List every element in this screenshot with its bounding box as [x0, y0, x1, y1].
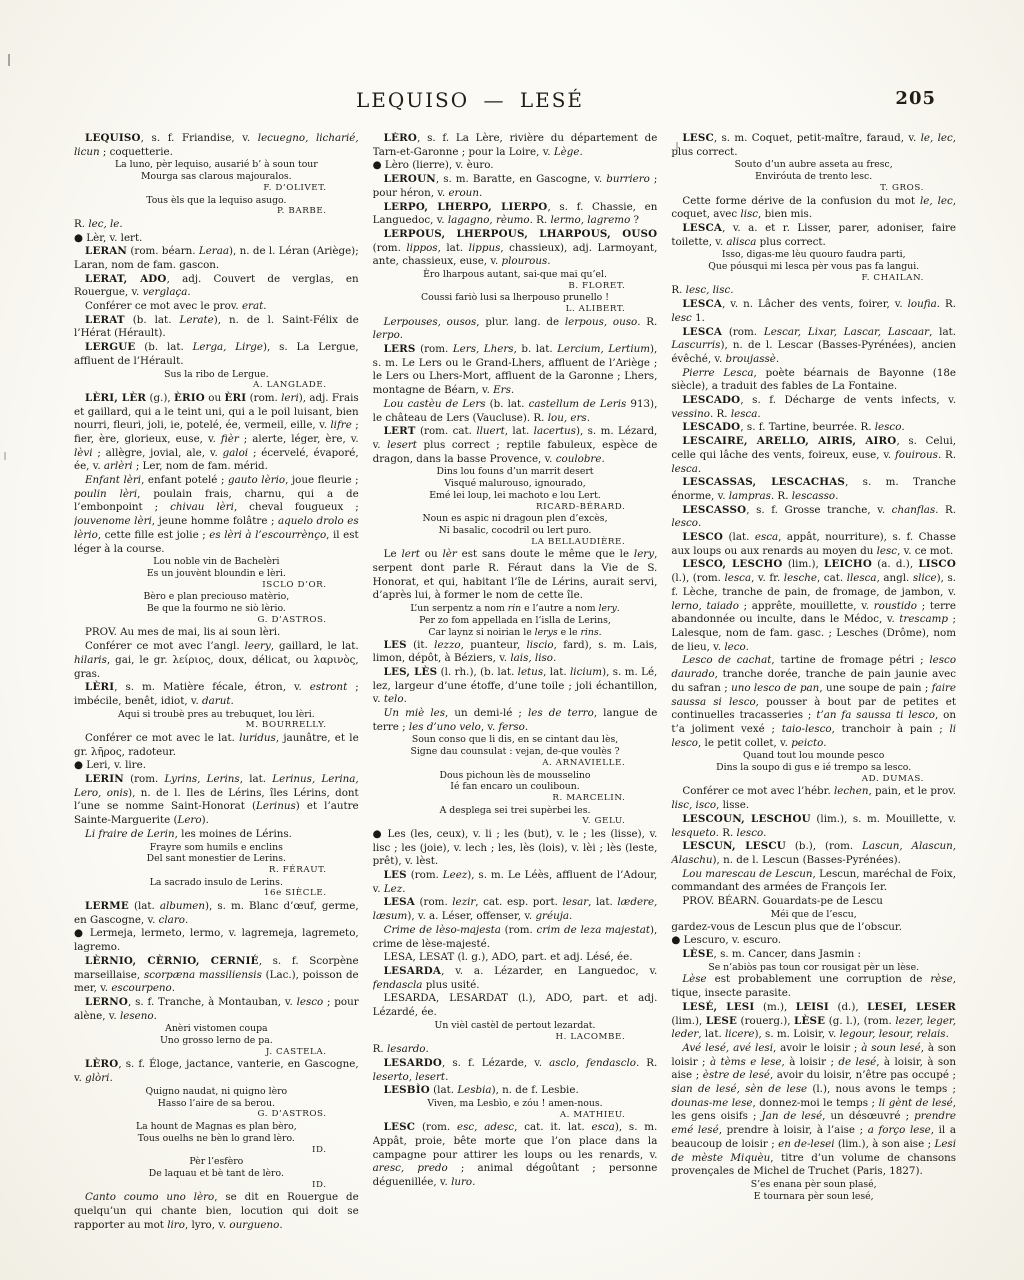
etymology-ref: R. lesc, lisc.: [671, 284, 956, 298]
paragraph: Canto coumo uno lèro, se dit en Rouergue…: [74, 1191, 359, 1232]
citation-author: B. FLORET.: [373, 281, 658, 293]
citation-author: H. LACOMBE.: [373, 1032, 658, 1044]
dictionary-entry: LERAN (rom. béarn. Leraa), n. de l. Léra…: [74, 245, 359, 272]
dictionary-entry: LESCASSAS, LESCACHAS, s. m. Tranche énor…: [671, 476, 956, 503]
verse-quote: Se n’abiòs pas toun cor rousigat pèr un …: [671, 962, 956, 974]
text-columns: LEQUISO, s. f. Friandise, v. lecuegno, l…: [0, 120, 1024, 1272]
paragraph: Li fraire de Lerin, les moines de Lérins…: [74, 828, 359, 842]
dictionary-entry: LESA (rom. lezir, cat. esp. port. lesar,…: [373, 896, 658, 923]
citation-author: R. FÉRAUT.: [74, 865, 359, 877]
paragraph: Cette forme dérive de la confusion du mo…: [671, 195, 956, 222]
verse-quote: Méi que de l’escu,: [671, 909, 956, 921]
dictionary-entry: LESCASSO, s. f. Grosse tranche, v. chanf…: [671, 504, 956, 531]
proverb: PROV. BÉARN. Gouardats-pe de Lescu: [671, 895, 956, 909]
scanned-dictionary-page: LEQUISO — LESÉ 205 LEQUISO, s. f. Friand…: [0, 0, 1024, 1280]
citation-author: M. BOURRELLY.: [74, 720, 359, 732]
citation-author: A. LANGLADE.: [74, 380, 359, 392]
verse-quote: Frayre som humils e enclinsDel sant mone…: [74, 842, 359, 866]
cross-reference: ● Lermeja, lermeto, lermo, v. lagremeja,…: [74, 927, 359, 954]
paragraph: Conférer ce mot avec l’angl. leery, gail…: [74, 640, 359, 681]
verse-quote: La luno, pèr lequiso, ausarié b’ à soun …: [74, 159, 359, 183]
verse-quote: Un vièl castèl de pertout lezardat.: [373, 1020, 658, 1032]
dictionary-entry: LESCUN, LESCU (b.), (rom. Lascun, Alascu…: [671, 840, 956, 867]
etymology-ref: R. lec, le.: [74, 218, 359, 232]
cross-reference: ● Lèr, v. lert.: [74, 232, 359, 246]
verse-quote: Sus la ribo de Lergue.: [74, 369, 359, 381]
dictionary-entry: LÈRI, LÈR (g.), ÈRIO ou ÈRI (rom. leri),…: [74, 392, 359, 474]
paragraph: LESARDA, LESARDAT (l.), ADO, part. et ad…: [373, 992, 658, 1019]
page-number: 205: [895, 88, 936, 109]
dictionary-entry: LERT (rom. cat. lluert, lat. lacertus), …: [373, 425, 658, 466]
verse-quote: Anèri vistomen coupaUno grosso lerno de …: [74, 1023, 359, 1047]
paragraph: Lou castèu de Lers (b. lat. castellum de…: [373, 398, 658, 425]
verse-quote: Quand tout lou mounde pescoDins la soupo…: [671, 750, 956, 774]
verse-quote: Aqui si troubè pres au trebuquet, lou lè…: [74, 709, 359, 721]
paragraph: Conférer ce mot avec le prov. erat.: [74, 300, 359, 314]
paragraph: Enfant lèri, enfant potelé ; gauto lèrio…: [74, 474, 359, 556]
verse-quote: Noun es aspic ni dragoun plen d’excès,Ni…: [373, 513, 658, 537]
etymology-ref: R. lesardo.: [373, 1043, 658, 1057]
dictionary-entry: LESCADO, s. f. Tartine, beurrée. R. lesc…: [671, 421, 956, 435]
dictionary-entry: LESC, s. m. Coquet, petit-maître, faraud…: [671, 132, 956, 159]
citation-author: T. GROS.: [671, 183, 956, 195]
cross-reference: ● Les (les, ceux), v. li ; les (but), v.…: [373, 828, 658, 869]
dictionary-entry: LESCO (lat. esca, appât, nourriture), s.…: [671, 531, 956, 558]
paragraph: Conférer ce mot avec l’hébr. lechen, pai…: [671, 785, 956, 812]
verse-quote: Souto d’un aubre asseta au fresc,Enviróu…: [671, 159, 956, 183]
dictionary-entry: LERAT (b. lat. Lerate), n. de l. Saint-F…: [74, 314, 359, 341]
dictionary-entry: LESÉ, LESI (m.), LEISI (d.), LESEI, LESE…: [671, 1001, 956, 1042]
dictionary-entry: LES, LÈS (l. rh.), (b. lat. letus, lat. …: [373, 666, 658, 707]
dictionary-column-3: LESC, s. m. Coquet, petit-maître, faraud…: [671, 132, 956, 1272]
citation-author: F. CHAILAN.: [671, 273, 956, 285]
dictionary-entry: LESC (rom. esc, adesc, cat. it. lat. esc…: [373, 1121, 658, 1190]
verse-quote: Dous pichoun lès de mousselinoIé fan enc…: [373, 770, 658, 794]
citation-author: J. CASTELA.: [74, 1047, 359, 1059]
dictionary-entry: LEQUISO, s. f. Friandise, v. lecuegno, l…: [74, 132, 359, 159]
citation-author: ID.: [74, 1180, 359, 1192]
paragraph: Le lert ou lèr est sans doute le même qu…: [373, 548, 658, 603]
verse-quote: Coussi fariò lusi sa lherpouso prunello …: [373, 292, 658, 304]
citation-author: ID.: [74, 1145, 359, 1157]
paragraph: Lou marescau de Lescun, Lescun, maréchal…: [671, 868, 956, 895]
dictionary-entry: LÈRNIO, CÈRNIO, CERNIÉ, s. f. Scorpène m…: [74, 955, 359, 996]
dictionary-column-1: LEQUISO, s. f. Friandise, v. lecuegno, l…: [74, 132, 359, 1272]
verse-quote: Viven, ma Lesbìo, e zóu ! amen-nous.: [373, 1098, 658, 1110]
dictionary-entry: LESCA, v. n. Lâcher des vents, foirer, v…: [671, 298, 956, 325]
dictionary-entry: LESARDA, v. a. Lézarder, en Languedoc, v…: [373, 965, 658, 992]
citation-author: LA BELLAUDIÈRE.: [373, 537, 658, 549]
running-title: LEQUISO — LESÉ: [0, 88, 940, 112]
paragraph: Crime de lèso-majesta (rom. crim de leza…: [373, 924, 658, 951]
dictionary-entry: LESCOUN, LESCHOU (lim.), s. m. Mouillett…: [671, 813, 956, 840]
citation-author: A. MATHIEU.: [373, 1110, 658, 1122]
dictionary-entry: LESCADO, s. f. Décharge de vents infects…: [671, 394, 956, 421]
paragraph: Conférer ce mot avec le lat. luridus, ja…: [74, 732, 359, 759]
etymology-ref: gardez-vous de Lescun plus que de l’obsc…: [671, 921, 956, 935]
dictionary-entry: LESARDO, s. f. Lézarde, v. asclo, fendas…: [373, 1057, 658, 1084]
citation-author: P. BARBE.: [74, 206, 359, 218]
dictionary-entry: LESCA, v. a. et r. Lisser, parer, adonis…: [671, 222, 956, 249]
dictionary-entry: LERIN (rom. Lyrins, Lerins, lat. Lerinus…: [74, 773, 359, 828]
cross-reference: ● Lescuro, v. escuro.: [671, 934, 956, 948]
dictionary-entry: LESCO, LESCHO (lim.), LEICHO (a. d.), LI…: [671, 558, 956, 654]
dictionary-entry: LERGUE (b. lat. Lerga, Lirge), s. La Ler…: [74, 341, 359, 368]
proverb: PROV. Au mes de mai, lis ai soun lèri.: [74, 626, 359, 640]
dictionary-entry: LES (it. lezzo, puanteur, liscio, fard),…: [373, 639, 658, 666]
citation-author: F. D’OLIVET.: [74, 183, 359, 195]
page-header: LEQUISO — LESÉ 205: [0, 0, 1024, 120]
dictionary-entry: LERS (rom. Lers, Lhers, b. lat. Lercium,…: [373, 343, 658, 398]
citation-author: G. D’ASTROS.: [74, 615, 359, 627]
dictionary-entry: LESCA (rom. Lescar, Lixar, Lascar, Lasca…: [671, 326, 956, 367]
verse-quote: Pèr l’esfèroDe laquau et bè tant de lèro…: [74, 1156, 359, 1180]
paragraph: Lerpouses, ousos, plur. lang. de lerpous…: [373, 316, 658, 343]
cross-reference: ● Leri, v. lire.: [74, 759, 359, 773]
verse-quote: L’un serpentz a nom rin e l’autre a nom …: [373, 603, 658, 638]
citation-author: L. ALIBERT.: [373, 304, 658, 316]
verse-quote: La sacrado insulo de Lerins.: [74, 877, 359, 889]
verse-quote: La hount de Magnas es plan bèro,Tous oue…: [74, 1121, 359, 1145]
paragraph: Lesco de cachat, tartine de fromage pétr…: [671, 654, 956, 750]
paragraph: Un miè les, un demi-lé ; les de terro, l…: [373, 707, 658, 734]
dictionary-entry: LÈRI, s. m. Matière fécale, étron, v. es…: [74, 681, 359, 708]
citation-author: A. ARNAVIELLE.: [373, 758, 658, 770]
citation-author: ISCLO D’OR.: [74, 580, 359, 592]
verse-quote: Isso, digas-me lèu quouro faudra parti,Q…: [671, 249, 956, 273]
verse-quote: A desplega sei trei supèrbei les.: [373, 805, 658, 817]
dictionary-entry: LESBÌO (lat. Lesbia), n. de f. Lesbie.: [373, 1084, 658, 1098]
dictionary-entry: LÈRO, s. f. Éloge, jactance, vanterie, e…: [74, 1058, 359, 1085]
dictionary-entry: LESCAIRE, ARELLO, AIRIS, AIRO, s. Celui,…: [671, 435, 956, 476]
dictionary-entry: LES (rom. Leez), s. m. Le Léès, affluent…: [373, 869, 658, 896]
verse-quote: Tous èls que la lequiso asugo.: [74, 195, 359, 207]
verse-quote: Dins lou founs d’un marrit desertVisqué …: [373, 466, 658, 501]
citation-author: 16e SIÈCLE.: [74, 888, 359, 900]
verse-quote: Quigno naudat, ni quigno lèroHasso l’air…: [74, 1086, 359, 1110]
dictionary-entry: LÈSE, s. m. Cancer, dans Jasmin :: [671, 948, 956, 962]
citation-author: G. D’ASTROS.: [74, 1109, 359, 1121]
verse-quote: Lou noble vin de BachelèriEs un jouvènt …: [74, 556, 359, 580]
verse-quote: Soun conso que li dis, en se cintant dau…: [373, 734, 658, 758]
verse-quote: S’es enana pèr soun plasé,E tournara pèr…: [671, 1179, 956, 1203]
citation-author: AD. DUMAS.: [671, 774, 956, 786]
citation-author: V. GELU.: [373, 816, 658, 828]
verse-quote: Bèro e plan preciouso matèrio,Be que la …: [74, 591, 359, 615]
dictionary-column-2: LÈRO, s. f. La Lère, rivière du départem…: [373, 132, 658, 1272]
citation-author: R. MARCELIN.: [373, 793, 658, 805]
dictionary-entry: LEROUN, s. m. Baratte, en Gascogne, v. b…: [373, 173, 658, 200]
scan-artifact: [676, 142, 678, 151]
dictionary-entry: LÈRO, s. f. La Lère, rivière du départem…: [373, 132, 658, 159]
paragraph: Pierre Lesca, poète béarnais de Bayonne …: [671, 367, 956, 394]
cross-reference: ● Lèro (lierre), v. èuro.: [373, 159, 658, 173]
dictionary-entry: LERNO, s. f. Tranche, à Montauban, v. le…: [74, 996, 359, 1023]
dictionary-entry: LERAT, ADO, adj. Couvert de verglas, en …: [74, 273, 359, 300]
scan-artifact: [4, 452, 6, 460]
dictionary-entry: LERPO, LHERPO, LIERPO, s. f. Chassie, en…: [373, 201, 658, 228]
paragraph: Lèse est probablement une corruption de …: [671, 973, 956, 1000]
dictionary-entry: LERPOUS, LHERPOUS, LHARPOUS, OUSO (rom. …: [373, 228, 658, 269]
dictionary-entry: LERME (lat. albumen), s. m. Blanc d’œuf,…: [74, 900, 359, 927]
paragraph: LESA, LESAT (l. g.), ADO, part. et adj. …: [373, 951, 658, 965]
citation-author: RICARD-BÉRARD.: [373, 502, 658, 514]
paragraph: Avé lesé, avé lesi, avoir le loisir ; à …: [671, 1042, 956, 1179]
verse-quote: Èro lharpous autant, sai-que mai qu’el.: [373, 269, 658, 281]
